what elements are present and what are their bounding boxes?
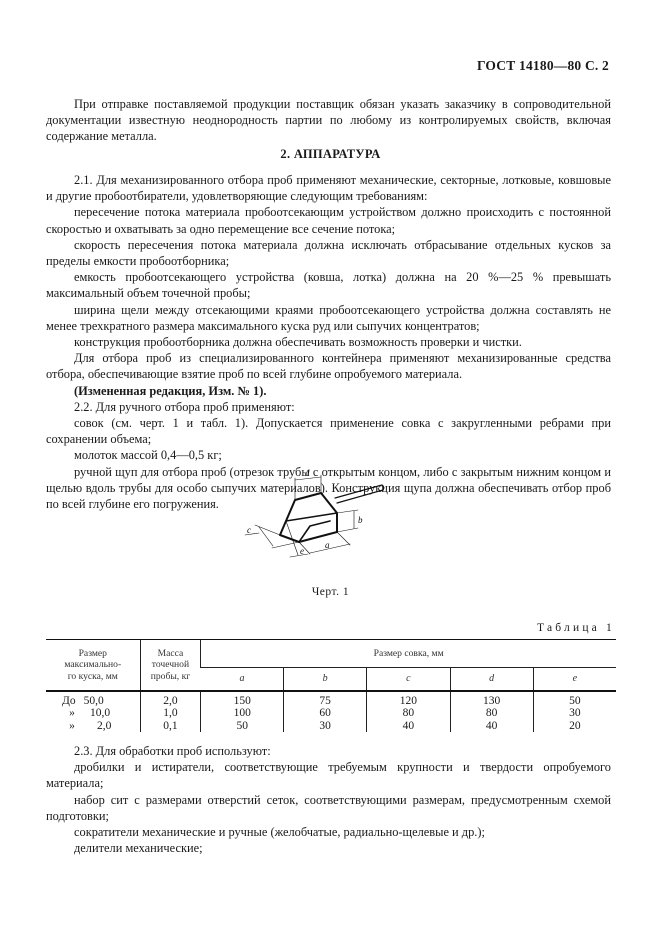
cell-size: До50,0 [46, 691, 140, 707]
table-row: »10,0 1,0 100 60 80 80 30 [46, 707, 616, 719]
cell-e: 30 [533, 707, 616, 719]
header-a: a [201, 668, 284, 692]
header-e: e [533, 668, 616, 692]
requirement-item: пересечение потока материала пробоотсека… [46, 204, 611, 236]
header-d: d [450, 668, 533, 692]
cell-a: 150 [201, 691, 284, 707]
cell-c: 120 [367, 691, 450, 707]
header-max-piece-size: Размер максимально- го куска, мм [46, 640, 140, 692]
clause-2-3: 2.3. Для обработки проб используют: дроб… [46, 743, 611, 856]
requirement-item: емкость пробоотсекающего устройства (ков… [46, 269, 611, 301]
intro-paragraph: При отправке поставляемой продукции пост… [46, 96, 611, 145]
tool-item: совок (см. черт. 1 и табл. 1). Допускает… [46, 415, 611, 447]
cell-e: 20 [533, 720, 616, 732]
processing-item: делители механические; [46, 840, 611, 856]
page-header: ГОСТ 14180—80 С. 2 [477, 58, 609, 74]
intro-block: При отправке поставляемой продукции пост… [46, 96, 611, 145]
dim-label-a: a [325, 540, 330, 550]
cell-b: 60 [284, 707, 367, 719]
section-title: 2. АППАРАТУРА [0, 147, 661, 162]
cell-d: 40 [450, 720, 533, 732]
cell-a: 50 [201, 720, 284, 732]
amendment-note: (Измененная редакция, Изм. № 1). [46, 383, 611, 399]
table-caption: Таблица 1 [537, 622, 615, 634]
cell-b: 30 [284, 720, 367, 732]
cell-d: 130 [450, 691, 533, 707]
requirement-item: ширина щели между отсекающими краями про… [46, 302, 611, 334]
scoop-size-table: Размер максимально- го куска, мм Масса т… [46, 639, 616, 732]
header-b: b [284, 668, 367, 692]
figure-caption: Черт. 1 [0, 586, 661, 598]
cell-c: 40 [367, 720, 450, 732]
clause-2-2-lead: 2.2. Для ручного отбора проб применяют: [46, 399, 611, 415]
header-scoop-size-group: Размер совка, мм [201, 640, 616, 668]
requirement-item: конструкция пробоотборника должна обеспе… [46, 334, 611, 350]
cell-c: 80 [367, 707, 450, 719]
processing-item: набор сит с размерами отверстий сеток, с… [46, 792, 611, 824]
tool-item: молоток массой 0,4—0,5 кг; [46, 447, 611, 463]
clause-2-3-lead: 2.3. Для обработки проб используют: [46, 743, 611, 759]
clause-2-1-lead: 2.1. Для механизированного отбора проб п… [46, 172, 611, 204]
cell-size: »2,0 [46, 720, 140, 732]
dim-label-d: d [305, 468, 310, 478]
dim-label-e: e [300, 546, 304, 556]
requirement-item: скорость пересечения потока материала до… [46, 237, 611, 269]
table-row: »2,0 0,1 50 30 40 40 20 [46, 720, 616, 732]
scoop-drawing: d b c a e [240, 465, 390, 560]
cell-mass: 2,0 [140, 691, 201, 707]
cell-e: 50 [533, 691, 616, 707]
cell-mass: 0,1 [140, 720, 201, 732]
cell-d: 80 [450, 707, 533, 719]
header-sample-mass: Масса точечной пробы, кг [140, 640, 201, 692]
cell-size: »10,0 [46, 707, 140, 719]
header-c: c [367, 668, 450, 692]
table-row: До50,0 2,0 150 75 120 130 50 [46, 691, 616, 707]
cell-a: 100 [201, 707, 284, 719]
cell-b: 75 [284, 691, 367, 707]
scoop-diagram-icon: d b c a e [240, 465, 390, 560]
clause-2-1: 2.1. Для механизированного отбора проб п… [46, 172, 611, 512]
container-note: Для отбора проб из специализированного к… [46, 350, 611, 382]
cell-mass: 1,0 [140, 707, 201, 719]
processing-item: сократители механические и ручные (желоб… [46, 824, 611, 840]
dim-label-c: c [247, 525, 251, 535]
dim-label-b: b [358, 515, 363, 525]
processing-item: дробилки и истиратели, соответствующие т… [46, 759, 611, 791]
